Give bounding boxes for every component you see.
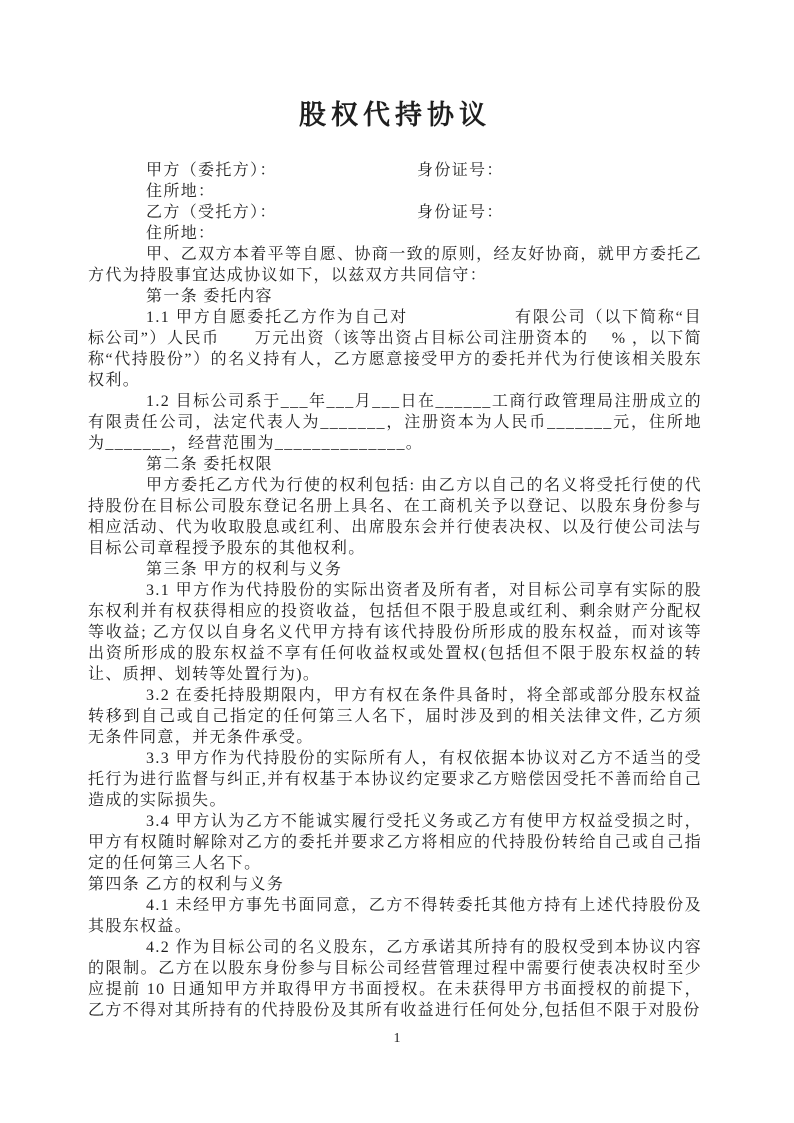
clause-1-2: 1.2 目标公司系于___年___月___日在______工商行政管理局注册成立… xyxy=(88,391,702,454)
document-content: 股权代持协议 甲方（委托方）： 身份证号： 住所地： 乙方（受托方）： 身份证号… xyxy=(88,96,702,1021)
document-page: 股权代持协议 甲方（委托方）： 身份证号： 住所地： 乙方（受托方）： 身份证号… xyxy=(0,0,794,1123)
party-a-id-label: 身份证号： xyxy=(417,160,504,181)
page-number: 1 xyxy=(0,1030,794,1048)
clause-3-2: 3.2 在委托持股期限内，甲方有权在条件具备时，将全部或部分股东权益转移到自己或… xyxy=(88,685,702,748)
preamble-paragraph: 甲、乙双方本着平等自愿、协商一致的原则，经友好协商，就甲方委托乙方代为持股事宜达… xyxy=(88,244,702,286)
clause-4-1: 4.1 未经甲方事先书面同意，乙方不得转委托其他方持有上述代持股份及其股东权益。 xyxy=(88,895,702,937)
party-b-id-label: 身份证号： xyxy=(417,202,504,223)
clause-3-1: 3.1 甲方作为代持股份的实际出资者及所有者，对目标公司享有实际的股东权利并有权… xyxy=(88,580,702,685)
party-a-address-line: 住所地： xyxy=(88,181,702,202)
section-2-heading: 第二条 委托权限 xyxy=(88,454,702,475)
clause-4-2: 4.2 作为目标公司的名义股东，乙方承诺其所持有的股权受到本协议内容的限制。乙方… xyxy=(88,937,702,1021)
party-a-label: 甲方（委托方）： xyxy=(146,162,277,179)
document-title: 股权代持协议 xyxy=(88,96,702,134)
party-a-address-label: 住所地： xyxy=(146,183,215,200)
clause-3-4: 3.4 甲方认为乙方不能诚实履行受托义务或乙方有使甲方权益受损之时，甲方有权随时… xyxy=(88,811,702,874)
party-b-address-label: 住所地： xyxy=(146,225,215,242)
clause-3-3: 3.3 甲方作为代持股份的实际所有人，有权依据本协议对乙方不适当的受托行为进行监… xyxy=(88,748,702,811)
section-2-body: 甲方委托乙方代为行使的权利包括: 由乙方以自己的名义将受托行使的代持股份在目标公… xyxy=(88,475,702,559)
section-4-heading: 第四条 乙方的权利与义务 xyxy=(88,874,702,895)
party-a-line: 甲方（委托方）： 身份证号： xyxy=(88,160,702,181)
section-1-heading: 第一条 委托内容 xyxy=(88,286,702,307)
clause-1-1: 1.1 甲方自愿委托乙方作为自己对 有限公司（以下简称“目标公司”）人民币 万元… xyxy=(88,307,702,391)
party-b-line: 乙方（受托方）： 身份证号： xyxy=(88,202,702,223)
section-3-heading: 第三条 甲方的权利与义务 xyxy=(88,559,702,580)
party-b-label: 乙方（受托方）： xyxy=(146,204,277,221)
party-b-address-line: 住所地： xyxy=(88,223,702,244)
